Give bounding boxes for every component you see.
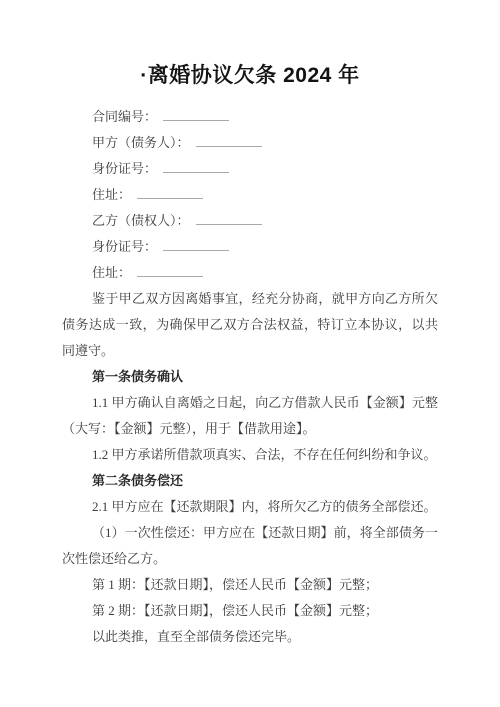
blank-underline (196, 210, 262, 225)
blank-underline (163, 106, 229, 121)
installment-note: 以此类推，直至全部债务偿还完毕。 (62, 624, 438, 650)
blank-underline (137, 184, 203, 199)
field-label-address-b: 住址： (92, 265, 131, 280)
field-label-party-b: 乙方（债权人）： (92, 213, 190, 228)
clause-1-1: 1.1 甲方确认自离婚之日起，向乙方借款人民币【金额】元整（大写：【金额】元整）… (62, 390, 438, 442)
clause-1-2: 1.2 甲方承诺所借款项真实、合法，不存在任何纠纷和争议。 (62, 442, 438, 468)
field-label-party-a: 甲方（债务人）： (92, 135, 190, 150)
clause-2-1-1: （1）一次性偿还：甲方应在【还款日期】前，将全部债务一次性偿还给乙方。 (62, 520, 438, 572)
contract-document: ·离婚协议欠条 2024 年 合同编号： 甲方（债务人）： 身份证号： 住址： … (0, 0, 500, 707)
section-1-heading: 第一条债务确认 (62, 364, 438, 390)
document-title: ·离婚协议欠条 2024 年 (62, 62, 438, 90)
field-label-address-a: 住址： (92, 187, 131, 202)
field-label-id-number-b: 身份证号： (92, 239, 157, 254)
field-address-b: 住址： (62, 260, 438, 286)
field-label-contract-number: 合同编号： (92, 109, 157, 124)
field-address-a: 住址： (62, 182, 438, 208)
field-contract-number: 合同编号： (62, 104, 438, 130)
installment-2: 第 2 期：【还款日期】，偿还人民币【金额】元整； (62, 598, 438, 624)
installment-1: 第 1 期：【还款日期】，偿还人民币【金额】元整； (62, 572, 438, 598)
field-party-b: 乙方（债权人）： (62, 208, 438, 234)
preamble-paragraph: 鉴于甲乙双方因离婚事宜，经充分协商，就甲方向乙方所欠债务达成一致，为确保甲乙双方… (62, 286, 438, 364)
blank-underline (137, 262, 203, 277)
blank-underline (163, 236, 229, 251)
field-id-number-b: 身份证号： (62, 234, 438, 260)
clause-2-1: 2.1 甲方应在【还款期限】内，将所欠乙方的债务全部偿还。 (62, 494, 438, 520)
section-2-heading: 第二条债务偿还 (62, 468, 438, 494)
field-id-number-a: 身份证号： (62, 156, 438, 182)
blank-underline (163, 158, 229, 173)
blank-underline (196, 132, 262, 147)
field-label-id-number-a: 身份证号： (92, 161, 157, 176)
field-party-a: 甲方（债务人）： (62, 130, 438, 156)
